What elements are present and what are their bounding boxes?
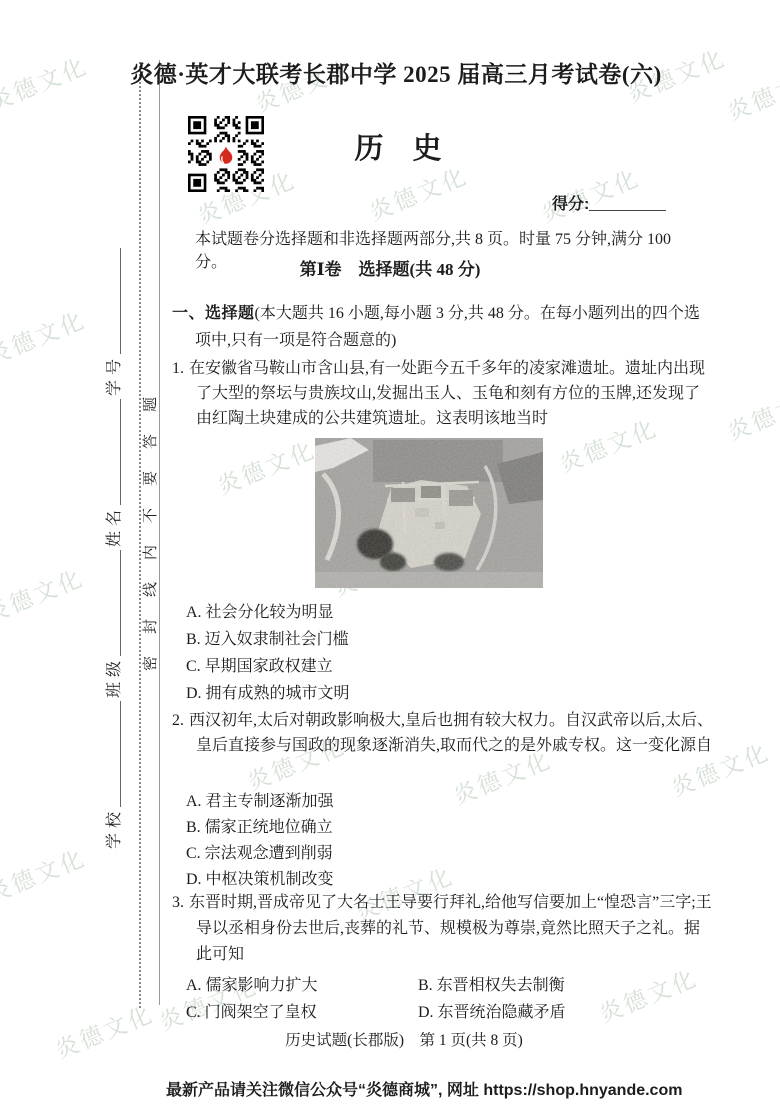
exam-title: 炎德·英才大联考长郡中学 2025 届高三月考试卷(六) — [12, 56, 780, 89]
q2-option-b: B. 儒家正统地位确立 — [186, 815, 334, 841]
field-label-name: 姓名 — [106, 505, 123, 547]
field-label-studentid: 学号 — [106, 354, 123, 396]
part-1-heading: 一、选择题(本大题共 16 小题,每小题 3 分,共 48 分。在每小题列出的四… — [172, 300, 715, 354]
seal-line-text: 密封线内不要答题 — [139, 371, 159, 671]
question-3-text: 东晋时期,晋成帝见了大名士王导要行拜礼,给他写信要加上“惶恐言”三字;王导以丞相… — [189, 894, 712, 963]
field-label-class: 班级 — [106, 656, 123, 698]
question-1-number: 1. — [172, 360, 184, 377]
section-1-heading: 第Ⅰ卷 选择题(共 48 分) — [0, 255, 780, 280]
part-1-desc: (本大题共 16 小题,每小题 3 分,共 48 分。在每小题列出的四个选项中,… — [195, 305, 700, 349]
question-2-text: 西汉初年,太后对朝政影响极大,皇后也拥有较大权力。自汉武帝以后,太后、皇后直接参… — [189, 712, 713, 754]
question-2-options: A. 君主专制逐渐加强 B. 儒家正统地位确立 C. 宗法观念遭到削弱 D. 中… — [186, 789, 334, 893]
watermark: 炎德文化 — [0, 840, 90, 910]
watermark: 炎德文化 — [722, 378, 780, 448]
question-3-number: 3. — [172, 894, 184, 911]
score-blank[interactable] — [589, 195, 666, 211]
q3-option-d: D. 东晋统治隐藏矛盾 — [418, 999, 566, 1022]
page-footer: 历史试题(长郡版) 第 1 页(共 8 页) — [24, 1028, 780, 1050]
name-blank[interactable] — [104, 399, 121, 505]
part-1-label: 一、选择题 — [172, 305, 255, 322]
q1-option-b: B. 迈入奴隶制社会门槛 — [186, 626, 350, 653]
exam-page: 炎德文化 炎德文化 炎德文化 炎德文化 炎德文化 炎德文化 炎德文化 炎德文化 … — [0, 0, 780, 1104]
q1-option-d: D. 拥有成熟的城市文明 — [186, 680, 350, 707]
q2-option-c: C. 宗法观念遭到削弱 — [186, 841, 334, 867]
question-3-options-row-2: C. 门阀架空了皇权 D. 东晋统治隐藏矛盾 — [186, 999, 690, 1019]
score-label: 得分: — [552, 196, 589, 213]
watermark: 炎德文化 — [364, 158, 473, 228]
question-1-options: A. 社会分化较为明显 B. 迈入奴隶制社会门槛 C. 早期国家政权建立 D. … — [186, 599, 350, 707]
class-blank[interactable] — [104, 550, 121, 656]
q1-aerial-photo — [315, 438, 543, 588]
question-2-number: 2. — [172, 712, 184, 729]
question-1: 1.在安徽省马鞍山市含山县,有一处距今五千多年的凌家滩遗址。遗址内出现了大型的祭… — [172, 356, 714, 431]
question-2: 2.西汉初年,太后对朝政影响极大,皇后也拥有较大权力。自汉武帝以后,太后、皇后直… — [172, 708, 714, 758]
q2-option-a: A. 君主专制逐渐加强 — [186, 789, 334, 815]
content-border-line — [159, 60, 160, 1005]
promo-line: 最新产品请关注微信公众号“炎德商城”, 网址 https://shop.hnya… — [166, 1077, 682, 1100]
q3-option-a: A. 儒家影响力扩大 — [186, 972, 318, 995]
subject-title: 历 史 — [8, 126, 780, 167]
question-3-options-row-1: A. 儒家影响力扩大 B. 东晋相权失去制衡 — [186, 972, 690, 992]
q1-option-a: A. 社会分化较为明显 — [186, 599, 350, 626]
watermark: 炎德文化 — [0, 302, 90, 372]
student-info-strip: 学校班级姓名学号 — [101, 189, 127, 849]
question-3: 3.东晋时期,晋成帝见了大名士王导要行拜礼,给他写信要加上“惶恐言”三字;王导以… — [172, 890, 714, 968]
question-1-text: 在安徽省马鞍山市含山县,有一处距今五千多年的凌家滩遗址。遗址内出现了大型的祭坛与… — [189, 360, 705, 427]
score-field: 得分: — [552, 191, 666, 214]
school-blank[interactable] — [104, 701, 121, 807]
q3-option-c: C. 门阀架空了皇权 — [186, 999, 317, 1022]
watermark: 炎德文化 — [212, 432, 321, 502]
field-label-school: 学校 — [106, 807, 123, 849]
aerial-photo-graphic — [315, 438, 543, 588]
watermark: 炎德文化 — [0, 560, 88, 630]
q3-option-b: B. 东晋相权失去制衡 — [418, 972, 565, 995]
q1-option-c: C. 早期国家政权建立 — [186, 653, 350, 680]
